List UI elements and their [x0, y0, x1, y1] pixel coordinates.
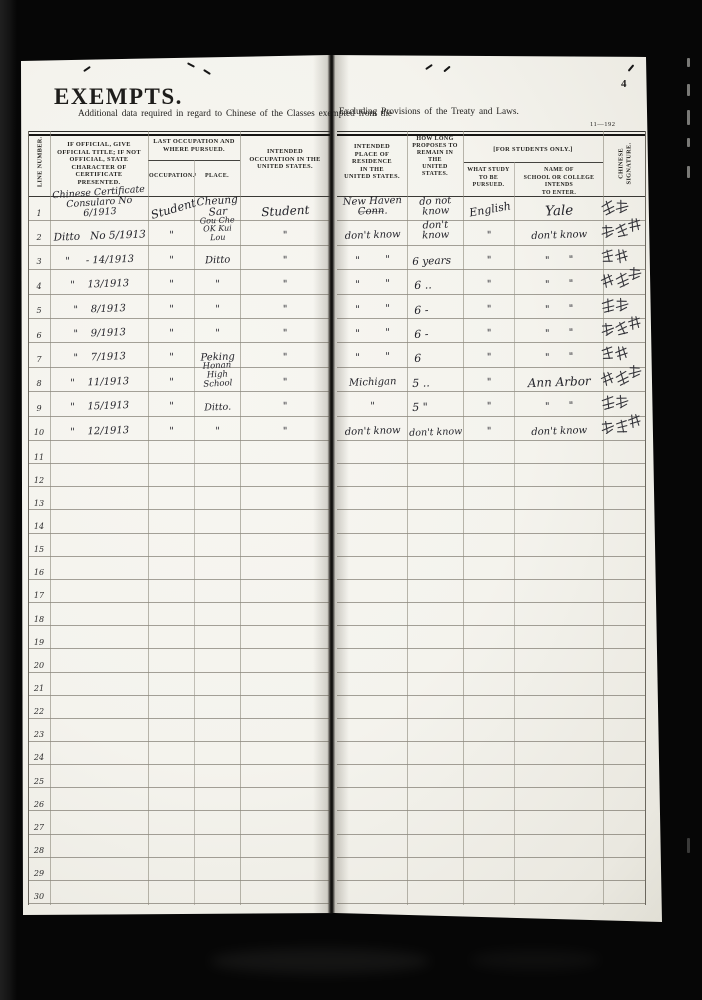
cell-study: "	[464, 410, 515, 441]
table-rule	[337, 440, 645, 441]
line-number: 6	[28, 331, 50, 340]
cell-intended-occupation: "	[241, 409, 330, 441]
page-title: EXEMPTS.	[54, 84, 183, 110]
line-number: 15	[28, 545, 50, 554]
table-rule	[464, 162, 603, 163]
line-number: 4	[28, 282, 50, 291]
table-rule	[337, 134, 645, 136]
document-overlay: EXEMPTS. Additional data required in reg…	[0, 0, 702, 1000]
cell-school: don't know	[515, 409, 604, 441]
table-rule	[337, 648, 645, 649]
table-rule	[337, 718, 645, 719]
table-rule	[28, 787, 330, 788]
col-header-place: Place.	[195, 173, 239, 181]
table-rule	[28, 131, 330, 132]
film-dash	[687, 84, 690, 96]
table-rule	[337, 625, 645, 626]
line-number: 30	[28, 892, 50, 901]
table-rule	[28, 556, 330, 557]
line-number: 29	[28, 869, 50, 878]
pen-mark	[425, 64, 433, 70]
pen-mark	[443, 66, 450, 73]
line-number: 28	[28, 846, 50, 855]
table-rule	[28, 533, 330, 534]
table-rule	[337, 810, 645, 811]
table-rule	[337, 764, 645, 765]
pen-mark	[83, 66, 91, 72]
table-rule	[337, 579, 645, 580]
line-number: 21	[28, 684, 50, 693]
table-rule	[337, 880, 645, 881]
table-rule	[407, 131, 408, 905]
table-rule	[603, 131, 604, 905]
table-rule	[28, 648, 330, 649]
col-header-occupation: Occupation.¹	[149, 173, 193, 181]
cell-official: " 12/1913	[51, 409, 149, 441]
cell-occupation: "	[149, 410, 195, 441]
line-number: 3	[28, 257, 50, 266]
line-number: 8	[28, 379, 50, 388]
table-rule	[28, 625, 330, 626]
line-number: 12	[28, 476, 50, 485]
table-rule	[28, 810, 330, 811]
film-dash	[687, 58, 690, 67]
pen-mark	[187, 62, 195, 68]
table-rule	[28, 764, 330, 765]
line-number: 27	[28, 823, 50, 832]
table-rule	[337, 741, 645, 742]
line-number: 18	[28, 615, 50, 624]
line-number: 7	[28, 355, 50, 364]
table-rule	[645, 131, 646, 905]
cell-residence: don't know	[338, 409, 408, 440]
table-rule	[28, 134, 330, 136]
table-rule	[337, 787, 645, 788]
line-number: 17	[28, 591, 50, 600]
page-subtitle-right: Excluding Provisions of the Treaty and L…	[339, 107, 519, 117]
col-header-last-occupation-group: LAST OCCUPATION AND WHERE PURSUED.	[148, 138, 240, 153]
table-rule	[28, 903, 330, 904]
table-rule	[28, 857, 330, 858]
col-header-official: IF OFFICIAL, GIVE OFFICIAL TITLE; IF NOT…	[52, 141, 146, 186]
line-number: 23	[28, 730, 50, 739]
table-rule	[337, 834, 645, 835]
pen-mark	[203, 69, 211, 75]
col-header-residence: INTENDED PLACE OF RESIDENCE IN THE UNITE…	[338, 143, 406, 181]
form-number: 11—192	[590, 121, 616, 128]
line-number: 19	[28, 638, 50, 647]
line-number: 9	[28, 404, 50, 413]
pen-mark	[628, 64, 635, 71]
film-dash	[687, 110, 690, 125]
table-rule	[28, 509, 330, 510]
table-rule	[28, 741, 330, 742]
line-number: 20	[28, 661, 50, 670]
table-rule	[28, 579, 330, 580]
table-rule	[28, 718, 330, 719]
col-header-how-long: HOW LONG PROPOSES TO REMAIN IN THE UNITE…	[408, 136, 462, 178]
cell-place: "	[195, 410, 241, 441]
table-rule	[28, 834, 330, 835]
table-rule	[337, 509, 645, 510]
table-rule	[337, 556, 645, 557]
line-number: 2	[28, 233, 50, 242]
table-rule	[337, 486, 645, 487]
line-number: 16	[28, 568, 50, 577]
line-number: 14	[28, 522, 50, 531]
table-rule	[28, 602, 330, 603]
line-number: 24	[28, 753, 50, 762]
line-number: 1	[28, 209, 50, 218]
col-header-line-number: LINE NUMBER.	[36, 134, 44, 190]
line-number: 25	[28, 777, 50, 786]
film-dash	[687, 166, 690, 178]
table-rule	[337, 857, 645, 858]
line-number: 10	[28, 428, 50, 437]
line-number: 26	[28, 800, 50, 809]
col-header-chinese-signature: CHINESE SIGNATURE.	[618, 136, 633, 192]
col-header-intended-occupation: INTENDED OCCUPATION IN THE UNITED STATES…	[242, 148, 328, 171]
col-header-students-only-group: [FOR STUDENTS ONLY.]	[464, 146, 602, 154]
table-rule	[337, 903, 645, 904]
film-dash	[687, 838, 690, 853]
table-rule	[28, 672, 330, 673]
table-rule	[337, 602, 645, 603]
table-rule	[28, 486, 330, 487]
page-number: 4	[621, 78, 627, 90]
line-number: 22	[28, 707, 50, 716]
table-rule	[337, 463, 645, 464]
film-dash	[687, 138, 690, 147]
line-number: 13	[28, 499, 50, 508]
table-rule	[337, 131, 645, 132]
table-rule	[337, 672, 645, 673]
table-rule	[28, 463, 330, 464]
line-number: 11	[28, 453, 50, 462]
line-number: 5	[28, 306, 50, 315]
table-rule	[28, 880, 330, 881]
table-rule	[337, 533, 645, 534]
table-rule	[28, 695, 330, 696]
table-rule	[337, 695, 645, 696]
cell-how-long: don't know	[408, 410, 464, 441]
table-rule	[28, 131, 29, 905]
